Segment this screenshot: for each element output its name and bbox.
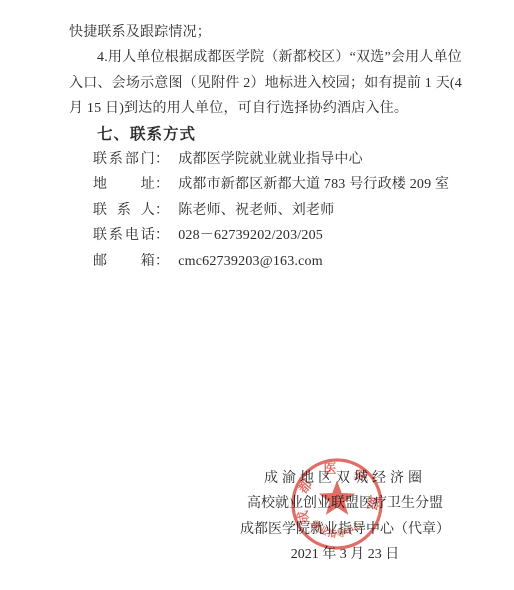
contact-label: 地址 [93,172,155,197]
body-line: 快捷联系及跟踪情况； [69,20,462,45]
body-line: 4.用人单位根据成都医学院（新都校区）“双选”会用人单位 [69,45,462,70]
contact-label: 邮箱 [93,249,155,274]
body-line: 月 15 日)到达的用人单位，可自行选择协约酒店入住。 [69,96,462,121]
signature-org-line: 成都医学院就业指导中心（代章） [238,517,452,542]
contact-row-address: 地址：成都市新都区新都大道 783 号行政楼 209 室 [69,172,462,197]
signature-org-line: 高校就业创业联盟医疗卫生分盟 [238,491,452,516]
contact-value: cmc62739203@163.com [178,254,323,269]
contact-colon: ： [155,223,169,248]
contact-row-persons: 联系人：陈老师、祝老师、刘老师 [69,198,462,223]
contact-label: 联系部门 [93,147,155,172]
contact-value: 成都医学院就业就业指导中心 [178,152,363,167]
contact-row-department: 联系部门：成都医学院就业就业指导中心 [69,147,462,172]
document-page: 快捷联系及跟踪情况； 4.用人单位根据成都医学院（新都校区）“双选”会用人单位 … [0,0,514,590]
section-heading: 七、联系方式 [69,122,462,147]
contact-value: 028－62739202/203/205 [178,228,323,243]
signature-block: 成渝地区双城经济圈 高校就业创业联盟医疗卫生分盟 成都医学院就业指导中心（代章）… [238,466,452,567]
signature-date: 2021 年 3 月 23 日 [238,542,452,567]
contact-value: 成都市新都区新都大道 783 号行政楼 209 室 [178,177,449,192]
signature-org-line: 成渝地区双城经济圈 [238,466,452,491]
contact-colon: ： [155,147,169,172]
contact-colon: ： [155,172,169,197]
contact-label: 联系电话 [93,223,155,248]
document-body: 快捷联系及跟踪情况； 4.用人单位根据成都医学院（新都校区）“双选”会用人单位 … [69,20,462,274]
contact-label: 联系人 [93,198,155,223]
contact-row-email: 邮箱：cmc62739203@163.com [69,249,462,274]
contact-colon: ： [155,198,169,223]
contact-row-phone: 联系电话：028－62739202/203/205 [69,223,462,248]
contact-colon: ： [155,249,169,274]
body-line: 入口、会场示意图（见附件 2）地标进入校园；如有提前 1 天(4 [69,71,462,96]
contact-value: 陈老师、祝老师、刘老师 [178,203,334,218]
